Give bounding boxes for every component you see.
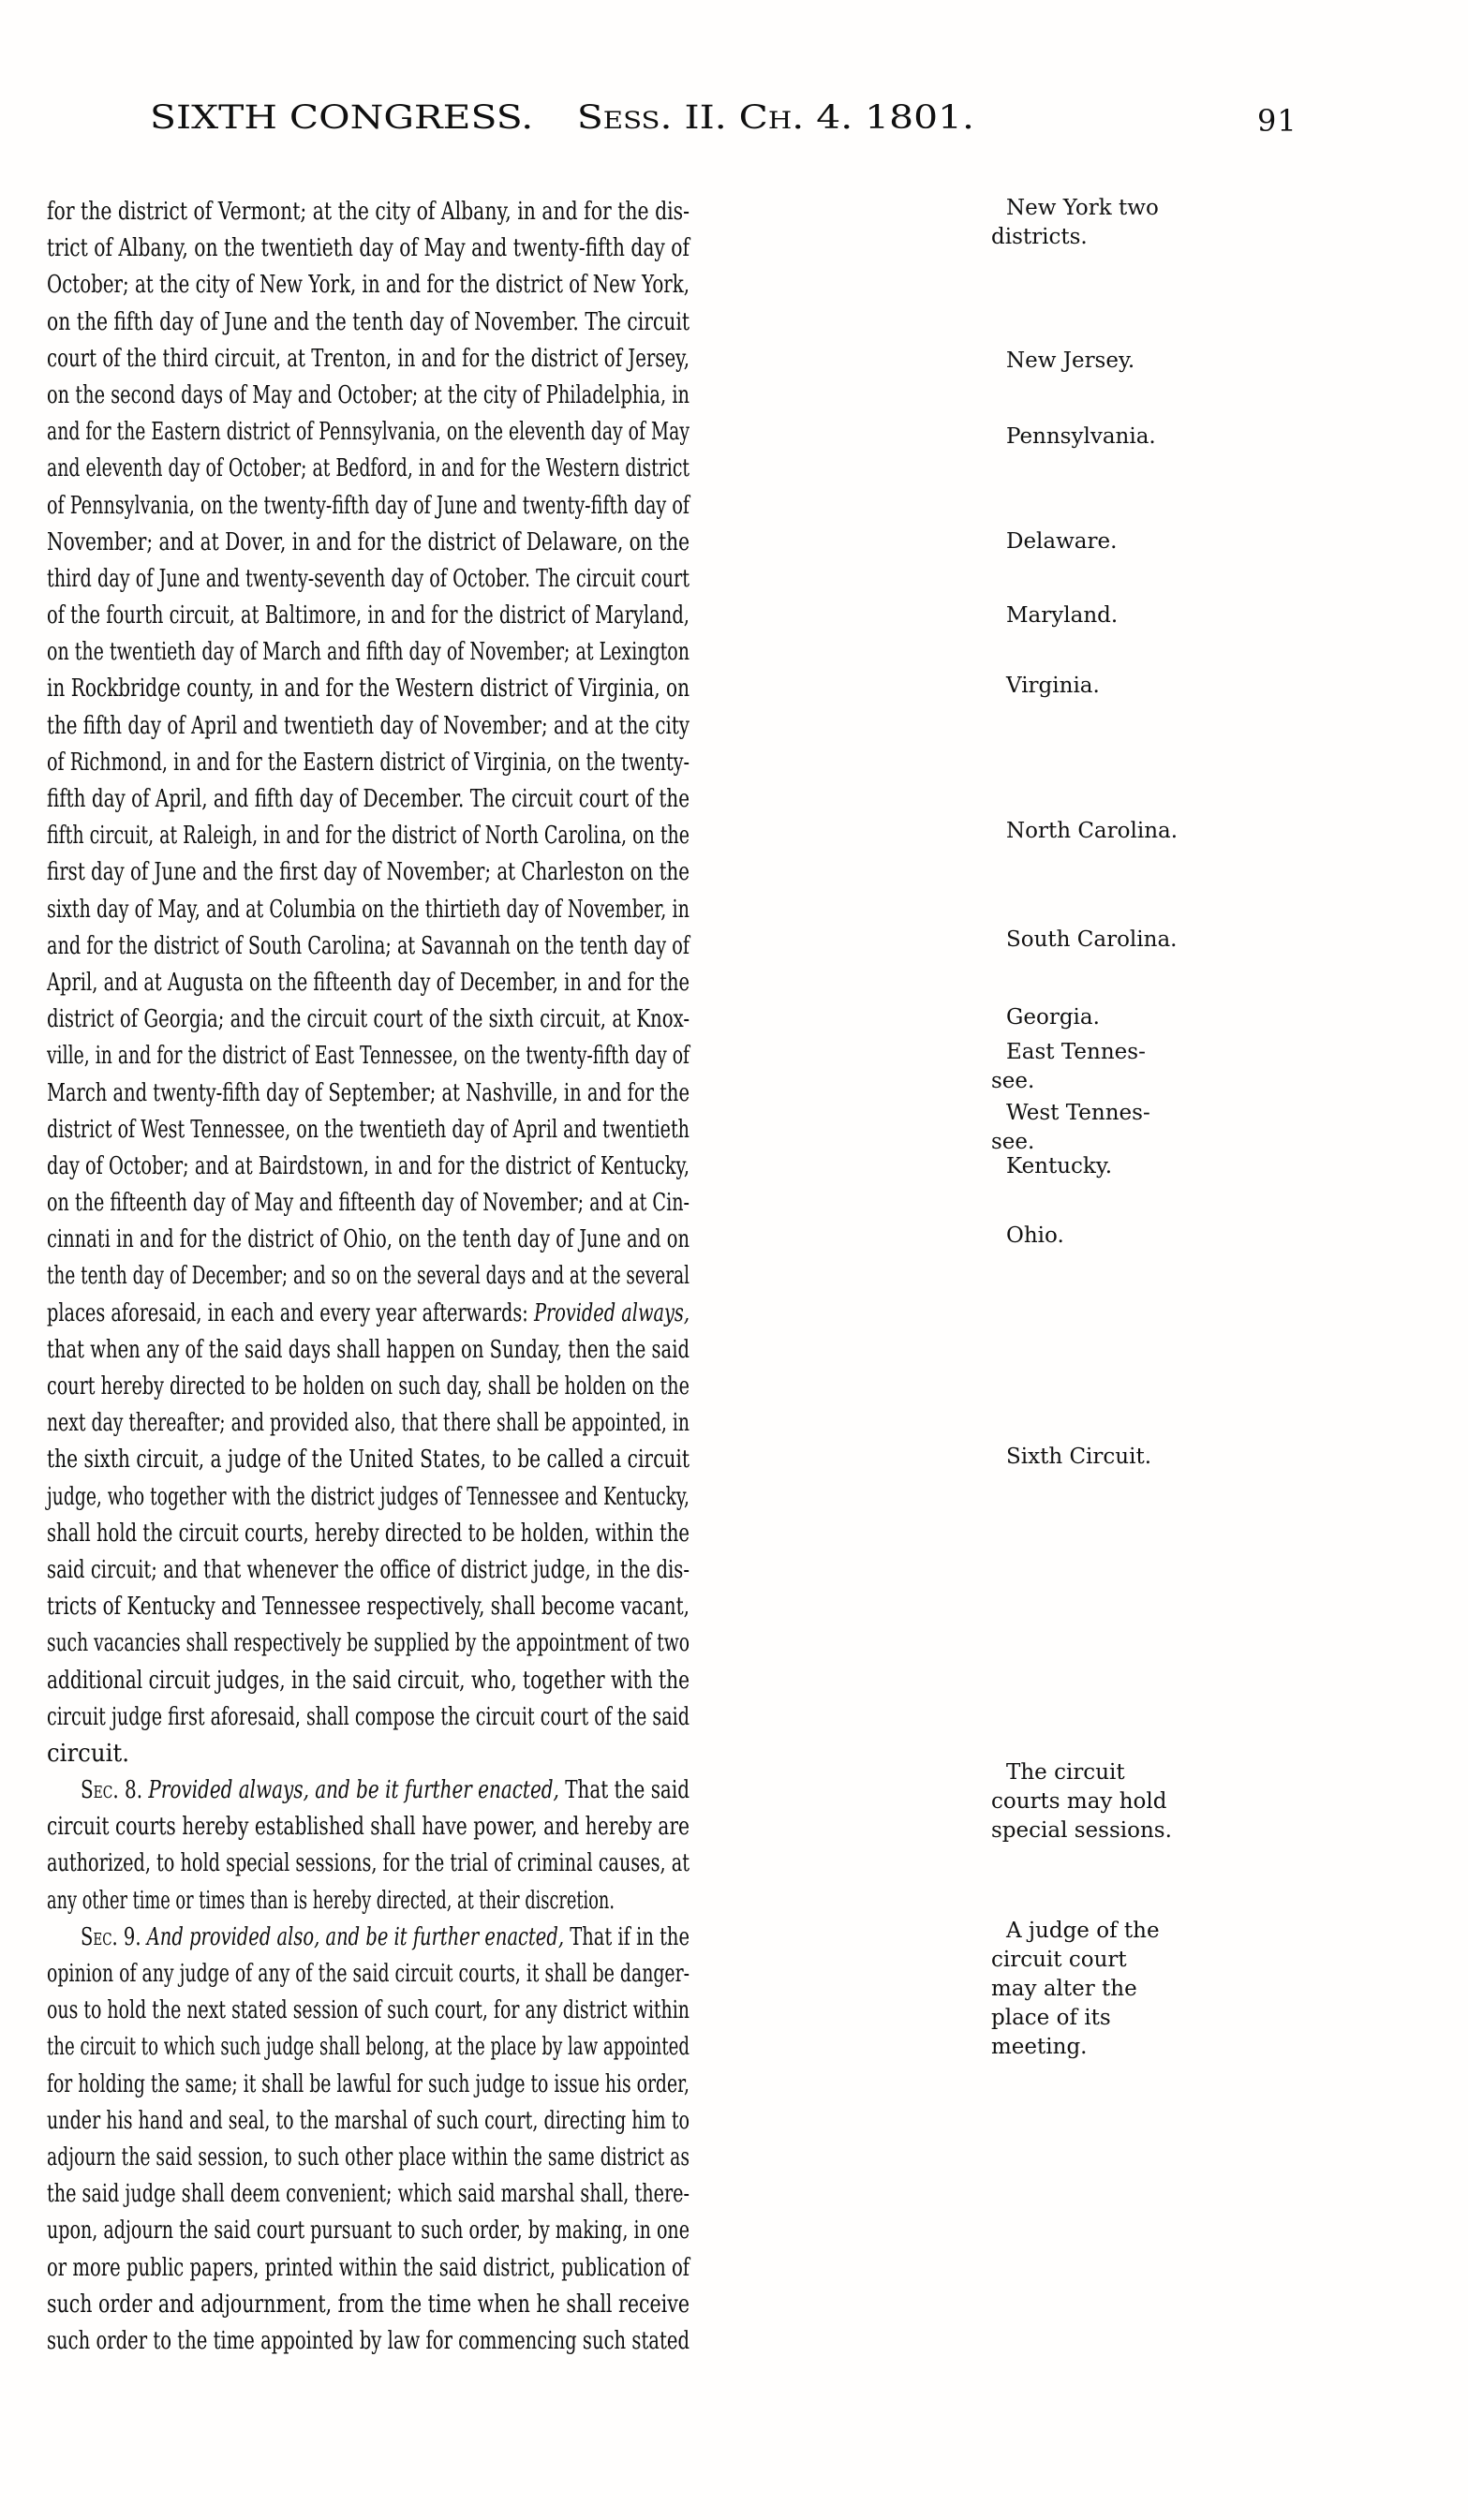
margin-note: Ohio.: [991, 1222, 1340, 1251]
body-line: March and twenty-fifth day of September;…: [47, 1075, 690, 1112]
body-line: district of West Tennessee, on the twent…: [47, 1112, 690, 1149]
plain-text: said circuit; and that whenever the offi…: [47, 1556, 690, 1584]
plain-text: third day of June and twenty-seventh day…: [47, 565, 690, 593]
plain-text: 9.: [118, 1923, 147, 1951]
plain-text: places aforesaid, in each and every year…: [47, 1299, 534, 1327]
body-line-text: court of the third circuit, at Trenton, …: [47, 341, 690, 378]
plain-text: such vacancies shall respectively be sup…: [47, 1629, 690, 1657]
body-line: first day of June and the first day of N…: [47, 854, 690, 891]
plain-text: any other time or times than is hereby d…: [47, 1887, 615, 1915]
body-line: Sec. 9. And provided also, and be it fur…: [47, 1920, 690, 1956]
body-line-text: any other time or times than is hereby d…: [47, 1883, 615, 1920]
body-line: and for the Eastern district of Pennsylv…: [47, 414, 690, 451]
body-line-text: adjourn the said session, to such other …: [47, 2140, 690, 2176]
body-line-text: the fifth day of April and twentieth day…: [47, 708, 690, 745]
margin-note: Maryland.: [991, 601, 1340, 630]
body-line: tricts of Kentucky and Tennessee respect…: [47, 1589, 690, 1625]
plain-text: under his hand and seal, to the marshal …: [47, 2107, 690, 2135]
plain-text: April, and at Augusta on the fifteenth d…: [47, 969, 690, 997]
plain-text: the said judge shall deem convenient; wh…: [47, 2180, 690, 2208]
plain-text: and for the Eastern district of Pennsylv…: [47, 418, 690, 446]
plain-text: or more public papers, printed within th…: [47, 2254, 690, 2282]
plain-text: That if in the: [564, 1923, 690, 1951]
plain-text: 8.: [119, 1776, 149, 1804]
plain-text: and eleventh day of October; at Bedford,…: [47, 454, 690, 482]
margin-note: West Tennes- see.: [991, 1099, 1340, 1157]
body-line-text: April, and at Augusta on the fifteenth d…: [47, 965, 690, 1001]
plain-text: on the twentieth day of March and fifth …: [47, 638, 690, 666]
body-line-text: that when any of the said days shall hap…: [47, 1332, 690, 1369]
body-line-text: and for the district of South Carolina; …: [47, 928, 690, 965]
plain-text: the fifth day of April and twentieth day…: [47, 712, 690, 740]
body-line-text: Sec. 8. Provided always, and be it furth…: [81, 1772, 690, 1809]
body-line: court of the third circuit, at Trenton, …: [47, 341, 690, 378]
body-line-text: shall hold the circuit courts, hereby di…: [47, 1516, 690, 1552]
body-line: judge, who together with the district ju…: [47, 1479, 690, 1516]
plain-text: trict of Albany, on the twentieth day of…: [47, 234, 690, 262]
body-line-text: the said judge shall deem convenient; wh…: [47, 2176, 690, 2213]
margin-note: Pennsylvania.: [991, 422, 1340, 452]
plain-text: ous to hold the next stated session of s…: [47, 1996, 690, 2024]
body-line-text: on the twentieth day of March and fifth …: [47, 634, 690, 671]
plain-text: on the fifteenth day of May and fifteent…: [47, 1189, 690, 1217]
body-line: the said judge shall deem convenient; wh…: [47, 2176, 690, 2213]
body-line: additional circuit judges, in the said c…: [47, 1663, 690, 1699]
body-line: circuit.: [47, 1736, 690, 1772]
plain-text: such order and adjournment, from the tim…: [47, 2290, 690, 2319]
plain-text: for holding the same; it shall be lawful…: [47, 2070, 690, 2098]
body-line: third day of June and twenty-seventh day…: [47, 561, 690, 598]
congress-title: SIXTH CONGRESS.: [150, 99, 533, 137]
body-line: circuit courts hereby established shall …: [47, 1809, 690, 1846]
body-line-text: in Rockbridge county, in and for the Wes…: [47, 671, 690, 707]
margin-note: Georgia.: [991, 1003, 1340, 1032]
body-line: of Pennsylvania, on the twenty-fifth day…: [47, 488, 690, 525]
margin-note: Virginia.: [991, 672, 1340, 701]
body-line-text: judge, who together with the district ju…: [47, 1479, 690, 1516]
plain-text: next day thereafter; and provided also, …: [47, 1409, 690, 1437]
page-number: 91: [1257, 103, 1297, 139]
body-line: or more public papers, printed within th…: [47, 2250, 690, 2287]
plain-text: district of West Tennessee, on the twent…: [47, 1116, 690, 1144]
statute-body-text: for the district of Vermont; at the city…: [47, 194, 690, 2360]
body-line-text: November; and at Dover, in and for the d…: [47, 525, 690, 561]
plain-text: adjourn the said session, to such other …: [47, 2143, 690, 2172]
body-line-text: the circuit to which such judge shall be…: [47, 2029, 690, 2066]
body-line-text: ville, in and for the district of East T…: [47, 1038, 690, 1075]
margin-note: A judge of the circuit court may alter t…: [991, 1917, 1340, 2062]
margin-note: South Carolina.: [991, 926, 1340, 955]
body-line-text: under his hand and seal, to the marshal …: [47, 2103, 690, 2140]
body-line: district of Georgia; and the circuit cou…: [47, 1001, 690, 1038]
body-line: on the twentieth day of March and fifth …: [47, 634, 690, 671]
plain-text: such order to the time appointed by law …: [47, 2327, 690, 2355]
body-line: and eleventh day of October; at Bedford,…: [47, 451, 690, 487]
body-line: the sixth circuit, a judge of the United…: [47, 1442, 690, 1478]
plain-text: circuit.: [47, 1740, 129, 1768]
body-line-text: and eleventh day of October; at Bedford,…: [47, 451, 690, 487]
body-line: said circuit; and that whenever the offi…: [47, 1552, 690, 1589]
body-line-text: for holding the same; it shall be lawful…: [47, 2067, 690, 2103]
plain-text: circuit judge first aforesaid, shall com…: [47, 1703, 690, 1731]
body-line: the circuit to which such judge shall be…: [47, 2029, 690, 2066]
session-chapter-year: Sess. II. Ch. 4. 1801.: [577, 99, 974, 137]
body-line: fifth circuit, at Raleigh, in and for th…: [47, 818, 690, 854]
body-line-text: of Pennsylvania, on the twenty-fifth day…: [47, 488, 690, 525]
plain-text: that when any of the said days shall hap…: [47, 1336, 690, 1364]
plain-text: of Richmond, in and for the Eastern dist…: [47, 749, 690, 777]
small-caps-text: Sec.: [81, 1923, 118, 1951]
body-line: day of October; and at Bairdstown, in an…: [47, 1149, 690, 1185]
body-line-text: district of West Tennessee, on the twent…: [47, 1112, 690, 1149]
plain-text: on the second days of May and October; a…: [47, 381, 690, 409]
plain-text: ville, in and for the district of East T…: [47, 1042, 690, 1070]
plain-text: shall hold the circuit courts, hereby di…: [47, 1519, 690, 1548]
body-line: of the fourth circuit, at Baltimore, in …: [47, 598, 690, 634]
body-line-text: tricts of Kentucky and Tennessee respect…: [47, 1589, 690, 1625]
plain-text: day of October; and at Bairdstown, in an…: [47, 1152, 690, 1180]
body-line-text: fifth day of April, and fifth day of Dec…: [47, 781, 690, 818]
body-line-text: such vacancies shall respectively be sup…: [47, 1625, 690, 1662]
body-line: November; and at Dover, in and for the d…: [47, 525, 690, 561]
body-line: such order and adjournment, from the tim…: [47, 2287, 690, 2323]
italic-text: Provided always,: [534, 1299, 690, 1327]
body-line-text: March and twenty-fifth day of September;…: [47, 1075, 690, 1112]
plain-text: the sixth circuit, a judge of the United…: [47, 1445, 690, 1474]
plain-text: district of Georgia; and the circuit cou…: [47, 1005, 690, 1033]
body-line-text: on the second days of May and October; a…: [47, 378, 690, 414]
body-line: on the second days of May and October; a…: [47, 378, 690, 414]
plain-text: opinion of any judge of any of the said …: [47, 1960, 690, 1988]
plain-text: authorized, to hold special sessions, fo…: [47, 1849, 690, 1877]
body-line: for the district of Vermont; at the city…: [47, 194, 690, 230]
body-line: places aforesaid, in each and every year…: [47, 1296, 690, 1332]
plain-text: the circuit to which such judge shall be…: [47, 2033, 690, 2061]
body-line: ville, in and for the district of East T…: [47, 1038, 690, 1075]
body-line-text: on the fifth day of June and the tenth d…: [47, 304, 690, 341]
margin-note: East Tennes- see.: [991, 1038, 1340, 1096]
plain-text: November; and at Dover, in and for the d…: [47, 528, 690, 556]
body-line: the fifth day of April and twentieth day…: [47, 708, 690, 745]
body-line-text: circuit judge first aforesaid, shall com…: [47, 1699, 690, 1736]
body-line: adjourn the said session, to such other …: [47, 2140, 690, 2176]
body-line-text: upon, adjourn the said court pursuant to…: [47, 2213, 690, 2249]
body-line-text: opinion of any judge of any of the said …: [47, 1956, 690, 1993]
plain-text: for the district of Vermont; at the city…: [47, 198, 690, 226]
plain-text: That the said: [559, 1776, 690, 1804]
body-line-text: circuit courts hereby established shall …: [47, 1809, 690, 1846]
body-line-text: Sec. 9. And provided also, and be it fur…: [81, 1920, 690, 1956]
body-line: that when any of the said days shall hap…: [47, 1332, 690, 1369]
plain-text: October; at the city of New York, in and…: [47, 271, 690, 299]
body-line: cinnati in and for the district of Ohio,…: [47, 1222, 690, 1258]
body-line: April, and at Augusta on the fifteenth d…: [47, 965, 690, 1001]
body-line: October; at the city of New York, in and…: [47, 267, 690, 304]
body-line-text: and for the Eastern district of Pennsylv…: [47, 414, 690, 451]
italic-text: And provided also, and be it further ena…: [147, 1923, 564, 1951]
plain-text: the tenth day of December; and so on the…: [47, 1262, 690, 1290]
italic-text: Provided always, and be it further enact…: [148, 1776, 558, 1804]
body-line-text: circuit.: [47, 1736, 129, 1772]
body-line: such vacancies shall respectively be sup…: [47, 1625, 690, 1662]
plain-text: court hereby directed to be holden on su…: [47, 1372, 690, 1401]
plain-text: fifth day of April, and fifth day of Dec…: [47, 785, 690, 813]
margin-note: New York two districts.: [991, 194, 1340, 252]
body-line-text: cinnati in and for the district of Ohio,…: [47, 1222, 690, 1258]
body-line-text: court hereby directed to be holden on su…: [47, 1369, 690, 1405]
body-line: sixth day of May, and at Columbia on the…: [47, 892, 690, 928]
body-line-text: first day of June and the first day of N…: [47, 854, 690, 891]
body-line-text: on the fifteenth day of May and fifteent…: [47, 1185, 690, 1222]
small-caps-text: Sec.: [81, 1776, 119, 1804]
body-line-text: said circuit; and that whenever the offi…: [47, 1552, 690, 1589]
body-line: circuit judge first aforesaid, shall com…: [47, 1699, 690, 1736]
margin-note: Delaware.: [991, 527, 1340, 556]
body-line-text: the tenth day of December; and so on the…: [47, 1258, 690, 1295]
scanned-statute-page: SIXTH CONGRESS.Sess. II. Ch. 4. 1801. 91…: [0, 0, 1468, 2520]
body-line: any other time or times than is hereby d…: [47, 1883, 690, 1920]
body-line: of Richmond, in and for the Eastern dist…: [47, 745, 690, 781]
body-line: upon, adjourn the said court pursuant to…: [47, 2213, 690, 2249]
plain-text: cinnati in and for the district of Ohio,…: [47, 1225, 690, 1253]
body-line-text: such order and adjournment, from the tim…: [47, 2287, 690, 2323]
body-line-text: next day thereafter; and provided also, …: [47, 1405, 690, 1442]
body-line: opinion of any judge of any of the said …: [47, 1956, 690, 1993]
plain-text: first day of June and the first day of N…: [47, 858, 690, 886]
body-line: Sec. 8. Provided always, and be it furth…: [47, 1772, 690, 1809]
plain-text: court of the third circuit, at Trenton, …: [47, 345, 690, 373]
body-line: on the fifth day of June and the tenth d…: [47, 304, 690, 341]
margin-note: New Jersey.: [991, 347, 1340, 376]
body-line-text: or more public papers, printed within th…: [47, 2250, 690, 2287]
body-line: and for the district of South Carolina; …: [47, 928, 690, 965]
plain-text: circuit courts hereby established shall …: [47, 1813, 690, 1841]
body-line: trict of Albany, on the twentieth day of…: [47, 230, 690, 267]
body-line-text: authorized, to hold special sessions, fo…: [47, 1846, 690, 1882]
plain-text: and for the district of South Carolina; …: [47, 932, 690, 960]
body-line: the tenth day of December; and so on the…: [47, 1258, 690, 1295]
body-line-text: third day of June and twenty-seventh day…: [47, 561, 690, 598]
body-line: next day thereafter; and provided also, …: [47, 1405, 690, 1442]
body-line-text: October; at the city of New York, in and…: [47, 267, 690, 304]
body-line: for holding the same; it shall be lawful…: [47, 2067, 690, 2103]
body-line: under his hand and seal, to the marshal …: [47, 2103, 690, 2140]
plain-text: of Pennsylvania, on the twenty-fifth day…: [47, 492, 690, 520]
body-line: court hereby directed to be holden on su…: [47, 1369, 690, 1405]
plain-text: tricts of Kentucky and Tennessee respect…: [47, 1593, 690, 1621]
body-line: on the fifteenth day of May and fifteent…: [47, 1185, 690, 1222]
body-line-text: additional circuit judges, in the said c…: [47, 1663, 690, 1699]
plain-text: judge, who together with the district ju…: [47, 1483, 690, 1511]
running-head-text: SIXTH CONGRESS.Sess. II. Ch. 4. 1801.: [150, 99, 974, 137]
body-line: such order to the time appointed by law …: [47, 2323, 690, 2360]
body-line-text: fifth circuit, at Raleigh, in and for th…: [47, 818, 690, 854]
running-head: SIXTH CONGRESS.Sess. II. Ch. 4. 1801.: [150, 99, 857, 137]
body-line-text: district of Georgia; and the circuit cou…: [47, 1001, 690, 1038]
body-line: authorized, to hold special sessions, fo…: [47, 1846, 690, 1882]
plain-text: fifth circuit, at Raleigh, in and for th…: [47, 822, 690, 850]
plain-text: upon, adjourn the said court pursuant to…: [47, 2216, 690, 2245]
body-line-text: of the fourth circuit, at Baltimore, in …: [47, 598, 690, 634]
body-line-text: for the district of Vermont; at the city…: [47, 194, 690, 230]
body-line-text: day of October; and at Bairdstown, in an…: [47, 1149, 690, 1185]
body-line: ous to hold the next stated session of s…: [47, 1993, 690, 2029]
body-line-text: the sixth circuit, a judge of the United…: [47, 1442, 690, 1478]
margin-note: North Carolina.: [991, 817, 1340, 846]
plain-text: of the fourth circuit, at Baltimore, in …: [47, 601, 690, 630]
plain-text: March and twenty-fifth day of September;…: [47, 1079, 690, 1107]
body-line: fifth day of April, and fifth day of Dec…: [47, 781, 690, 818]
body-line-text: ous to hold the next stated session of s…: [47, 1993, 690, 2029]
plain-text: in Rockbridge county, in and for the Wes…: [47, 674, 690, 703]
body-line-text: of Richmond, in and for the Eastern dist…: [47, 745, 690, 781]
margin-note: Sixth Circuit.: [991, 1443, 1340, 1472]
plain-text: on the fifth day of June and the tenth d…: [47, 308, 690, 336]
plain-text: sixth day of May, and at Columbia on the…: [47, 896, 690, 924]
body-line-text: places aforesaid, in each and every year…: [47, 1296, 690, 1332]
plain-text: additional circuit judges, in the said c…: [47, 1667, 690, 1695]
margin-note: The circuit courts may hold special sess…: [991, 1758, 1340, 1846]
margin-note: Kentucky.: [991, 1152, 1340, 1181]
body-line-text: trict of Albany, on the twentieth day of…: [47, 230, 690, 267]
body-line-text: such order to the time appointed by law …: [47, 2323, 690, 2360]
body-line: in Rockbridge county, in and for the Wes…: [47, 671, 690, 707]
body-line-text: sixth day of May, and at Columbia on the…: [47, 892, 690, 928]
body-line: shall hold the circuit courts, hereby di…: [47, 1516, 690, 1552]
